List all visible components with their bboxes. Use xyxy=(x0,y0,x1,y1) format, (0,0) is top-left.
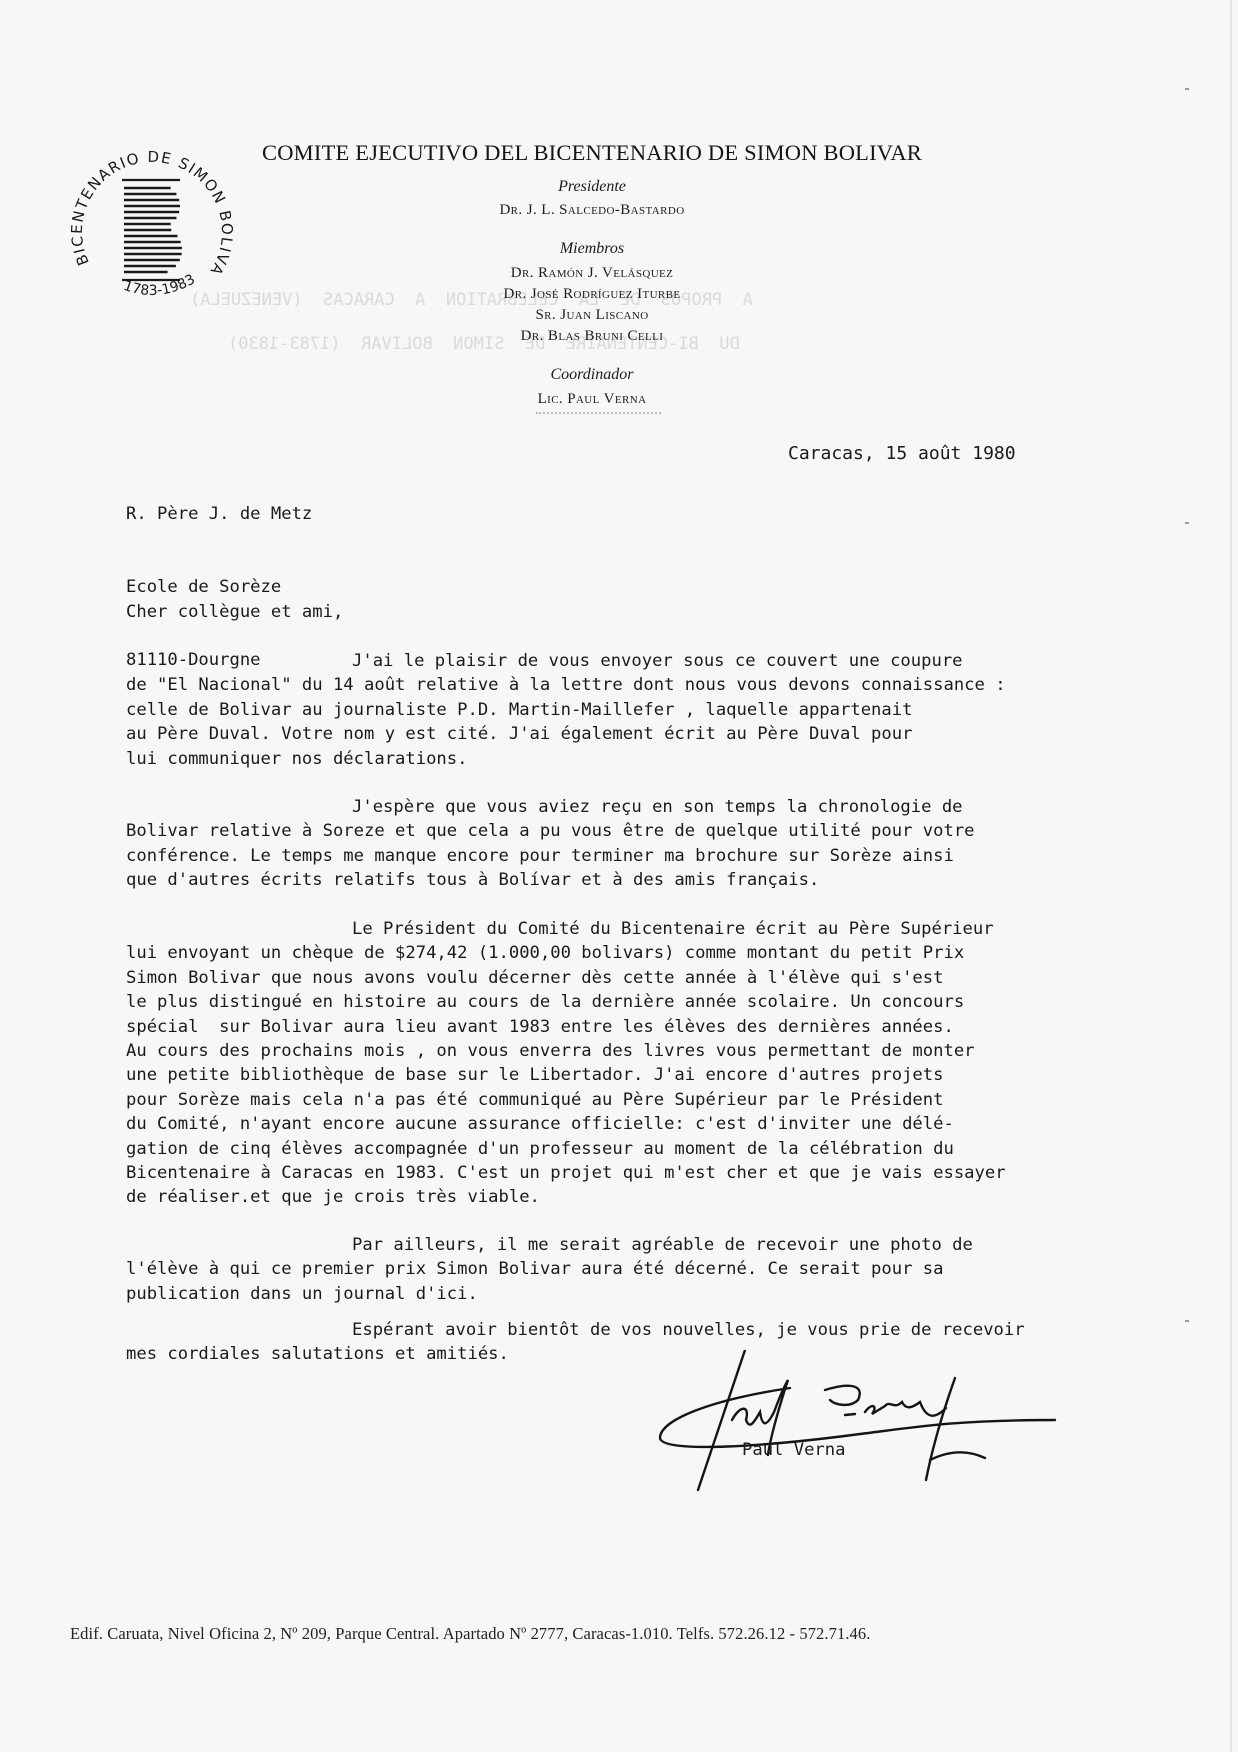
president-name: Dr. J. L. Salcedo-Bastardo xyxy=(222,202,962,219)
body-paragraph: J'espère que vous aviez reçu en son temp… xyxy=(126,795,975,893)
salutation: Cher collègue et ami, xyxy=(126,600,343,624)
scan-mark xyxy=(1185,522,1189,524)
footer-address: Edif. Caruata, Nivel Oficina 2, Nº 209, … xyxy=(70,1624,1120,1644)
letter-date: Caracas, 15 août 1980 xyxy=(788,442,1016,466)
signatory-name: Paul Verna xyxy=(742,1440,845,1460)
member-name: Dr. José Rodríguez Iturbe xyxy=(222,286,962,303)
paragraph-first-line: J'ai le plaisir de vous envoyer sous ce … xyxy=(352,651,963,671)
member-name: Dr. Ramón J. Velásquez xyxy=(222,265,962,282)
paragraph-first-line: Espérant avoir bientôt de vos nouvelles,… xyxy=(352,1320,1025,1340)
recipient-line: R. Père J. de Metz xyxy=(126,502,312,526)
members-label: Miembros xyxy=(222,240,962,258)
paragraph-text: de "El Nacional" du 14 août relative à l… xyxy=(126,675,1006,768)
paragraph-text: lui envoyant un chèque de $274,42 (1.000… xyxy=(126,943,1006,1207)
recipient-line: Ecole de Sorèze xyxy=(126,575,312,599)
page-edge xyxy=(1230,0,1232,1752)
paragraph-first-line: Par ailleurs, il me serait agréable de r… xyxy=(352,1235,973,1255)
divider xyxy=(536,412,661,418)
body-paragraph: J'ai le plaisir de vous envoyer sous ce … xyxy=(126,649,1006,771)
svg-text:BICENTENARIO DE SIMON BOLIVAR: BICENTENARIO DE SIMON BOLIVAR xyxy=(62,140,236,279)
bicentenary-logo: BICENTENARIO DE SIMON BOLIVAR 1783-1983 xyxy=(62,140,242,320)
committee-title: COMITE EJECUTIVO DEL BICENTENARIO DE SIM… xyxy=(222,140,962,166)
paragraph-first-line: Le Président du Comité du Bicentenaire é… xyxy=(352,919,994,939)
member-name: Sr. Juan Liscano xyxy=(222,307,962,324)
scan-mark xyxy=(1185,1320,1189,1322)
coordinator-name: Lic. Paul Verna xyxy=(222,391,962,408)
coordinator-label: Coordinador xyxy=(222,366,962,384)
svg-text:1783-1983: 1783-1983 xyxy=(121,271,197,299)
paragraph-text: l'élève à qui ce premier prix Simon Boli… xyxy=(126,1259,943,1303)
member-name: Dr. Blas Bruni Celli xyxy=(222,328,962,345)
paragraph-text: Bolivar relative à Soreze et que cela a … xyxy=(126,821,975,890)
bicentenary-seal-icon: BICENTENARIO DE SIMON BOLIVAR 1783-1983 xyxy=(62,140,242,320)
paragraph-text: mes cordiales salutations et amitiés. xyxy=(126,1344,509,1364)
body-paragraph: Le Président du Comité du Bicentenaire é… xyxy=(126,917,1006,1210)
scan-mark xyxy=(1185,88,1189,90)
signature-icon xyxy=(650,1350,1070,1495)
president-label: Presidente xyxy=(222,178,962,196)
handwritten-signature xyxy=(650,1350,1070,1495)
body-paragraph: Par ailleurs, il me serait agréable de r… xyxy=(126,1233,973,1306)
paragraph-first-line: J'espère que vous aviez reçu en son temp… xyxy=(352,797,963,817)
